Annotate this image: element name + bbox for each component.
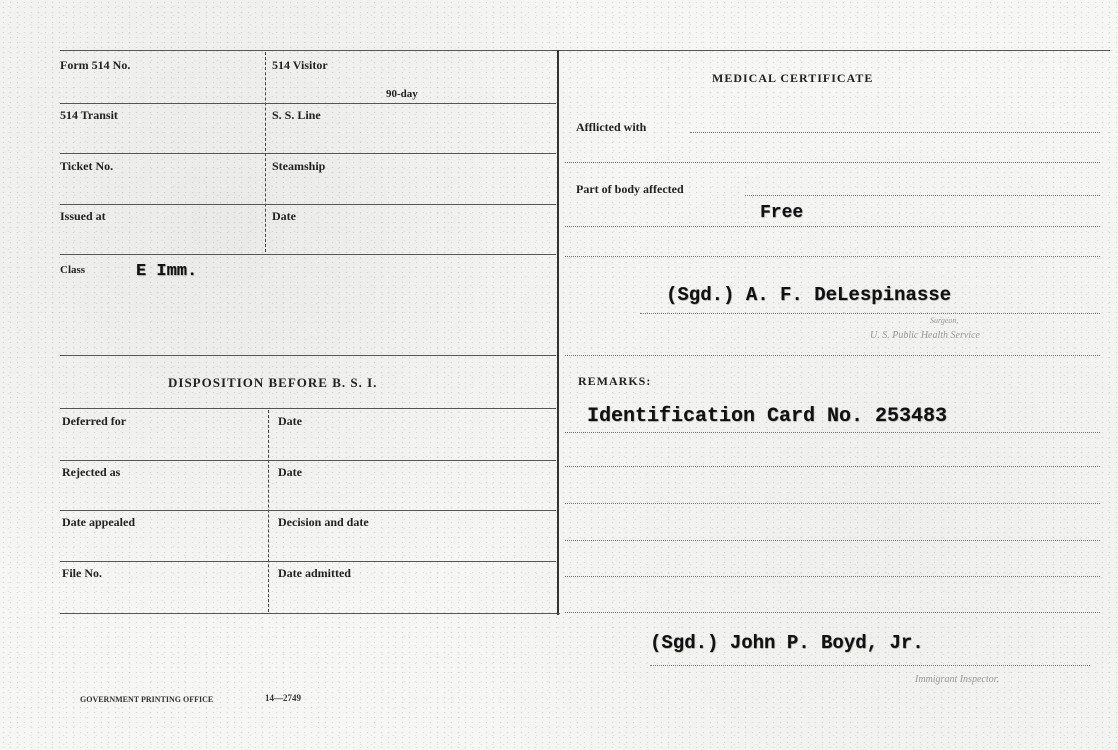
center-divider xyxy=(557,50,559,615)
file-no-label: File No. xyxy=(62,566,102,581)
date-admitted-label: Date admitted xyxy=(278,566,351,581)
visitor-label: 514 Visitor xyxy=(272,58,328,73)
disposition-title: DISPOSITION BEFORE B. S. I. xyxy=(168,375,377,391)
inspector-title: Immigrant Inspector. xyxy=(915,674,999,685)
fill-line xyxy=(565,540,1100,541)
row-divider xyxy=(60,510,556,511)
fill-line xyxy=(565,162,1100,163)
transit-label: 514 Transit xyxy=(60,108,118,123)
form-514-no-label: Form 514 No. xyxy=(60,58,130,73)
issued-at-label: Issued at xyxy=(60,209,106,224)
disposition-column-divider xyxy=(268,410,269,612)
body-part-value: Free xyxy=(760,203,803,223)
fill-line xyxy=(565,503,1100,504)
inspector-signature: (Sgd.) John P. Boyd, Jr. xyxy=(650,632,924,654)
row-divider xyxy=(60,460,556,461)
signature-line xyxy=(640,313,1100,314)
row-divider xyxy=(60,103,556,104)
signature-line xyxy=(650,665,1090,666)
fill-line xyxy=(745,195,1100,196)
fill-line xyxy=(565,466,1100,467)
surgeon-org: U. S. Public Health Service xyxy=(870,330,980,341)
medical-certificate-title: MEDICAL CERTIFICATE xyxy=(712,71,873,86)
surgeon-signature: (Sgd.) A. F. DeLespinasse xyxy=(666,284,951,306)
fill-line xyxy=(565,432,1100,433)
row-divider xyxy=(60,408,556,409)
left-top-column-divider xyxy=(265,52,266,252)
class-label: Class xyxy=(60,264,85,276)
ninety-day-label: 90-day xyxy=(386,88,418,100)
immigration-card: Form 514 No. 514 Visitor 90-day 514 Tran… xyxy=(0,0,1118,750)
row-divider xyxy=(60,204,556,205)
surgeon-title: Surgeon, xyxy=(930,316,958,325)
afflicted-with-label: Afflicted with xyxy=(576,120,646,135)
fill-line xyxy=(565,226,1100,227)
row-divider xyxy=(60,153,556,154)
row-divider xyxy=(60,613,560,614)
remarks-text: Identification Card No. 253483 xyxy=(587,405,947,428)
part-of-body-label: Part of body affected xyxy=(576,182,684,197)
printer-imprint: GOVERNMENT PRINTING OFFICE xyxy=(80,695,213,704)
rejected-date-label: Date xyxy=(278,465,302,480)
top-border xyxy=(60,50,1110,51)
row-divider xyxy=(60,355,556,356)
steamship-label: Steamship xyxy=(272,159,325,174)
afflicted-fill-line xyxy=(690,132,1100,133)
ss-line-label: S. S. Line xyxy=(272,108,321,123)
remarks-label: REMARKS: xyxy=(578,374,651,389)
form-code: 14—2749 xyxy=(265,693,301,703)
fill-line xyxy=(565,256,1100,257)
ticket-no-label: Ticket No. xyxy=(60,159,113,174)
row-divider xyxy=(60,254,556,255)
date-label: Date xyxy=(272,209,296,224)
fill-line xyxy=(565,612,1100,613)
deferred-for-label: Deferred for xyxy=(62,414,126,429)
section-divider xyxy=(565,355,1100,356)
row-divider xyxy=(60,561,556,562)
rejected-as-label: Rejected as xyxy=(62,465,120,480)
deferred-date-label: Date xyxy=(278,414,302,429)
date-appealed-label: Date appealed xyxy=(62,515,135,530)
decision-and-date-label: Decision and date xyxy=(278,515,369,530)
class-value: E Imm. xyxy=(136,262,197,281)
fill-line xyxy=(565,576,1100,577)
